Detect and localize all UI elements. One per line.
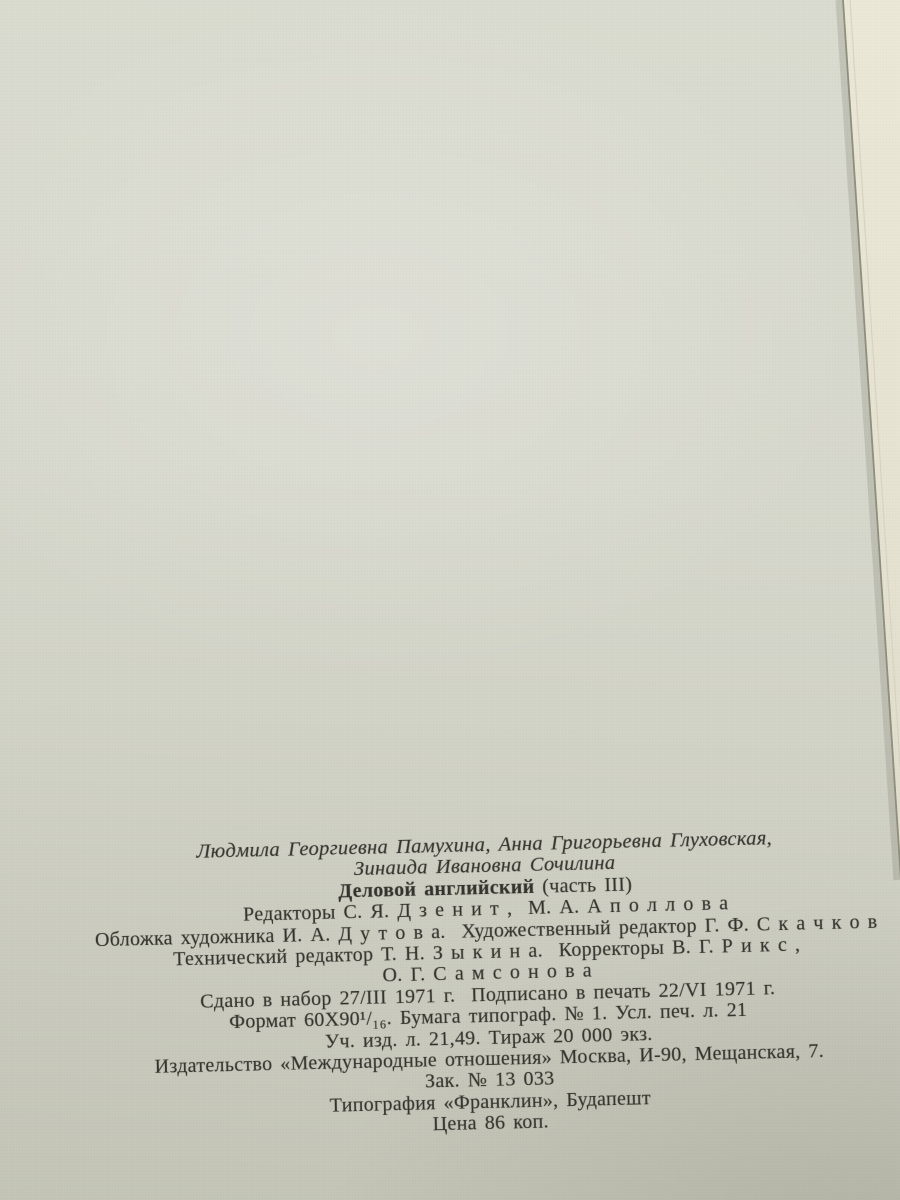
book-title-part-number: (часть III) <box>542 873 632 897</box>
book-page-photo: Людмила Георгиевна Памухина, Анна Григор… <box>0 0 900 1200</box>
colophon-block: Людмила Георгиевна Памухина, Анна Григор… <box>64 825 900 1144</box>
